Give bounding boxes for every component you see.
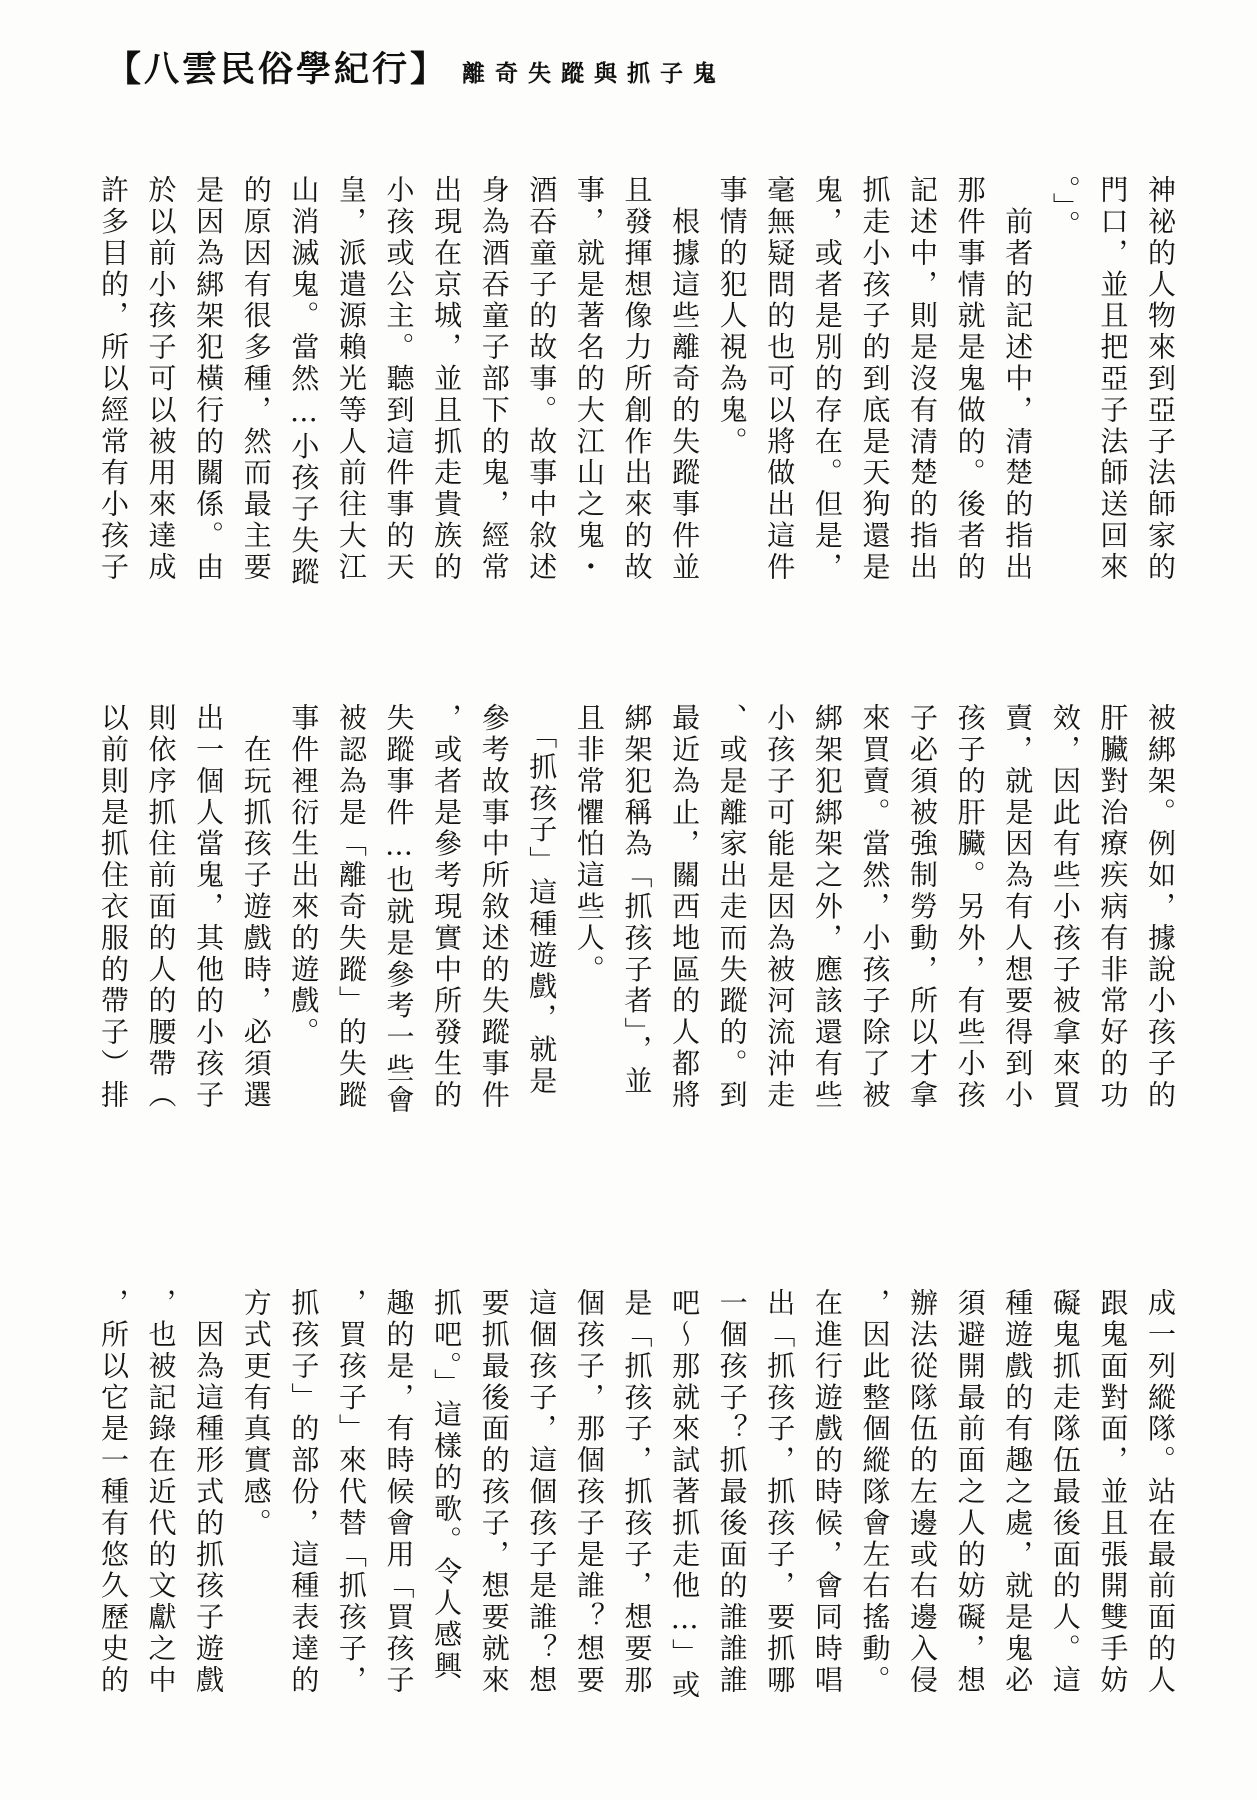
text-column: 門口，並且把亞子法師送回來	[1089, 175, 1137, 607]
text-column: 被認為是「離奇失蹤」的失蹤	[327, 703, 375, 1135]
text-column: ，所以它是一種有悠久歷史的	[89, 1288, 137, 1720]
text-column: 。」。	[1041, 175, 1089, 607]
text-column: 於以前小孩子可以被用來達成	[137, 175, 185, 607]
text-column: 是因為綁架犯橫行的關係。由	[185, 175, 233, 607]
text-column: 山消滅鬼。當然…小孩子失蹤	[280, 175, 328, 607]
text-column: 以前則是抓住衣服的帶子）排	[89, 703, 137, 1135]
text-column: 來買賣。當然，小孩子除了被	[851, 703, 899, 1135]
text-column: 出「抓孩子，抓孩子，要抓哪	[756, 1288, 804, 1720]
text-block-middle: 被綁架。例如，據說小孩子的肝臟對治療疾病有非常好的功效，因此有些小孩子被拿來買賣…	[88, 703, 1184, 1135]
text-column: 事，就是著名的大江山之鬼・	[565, 175, 613, 607]
text-column: 那件事情就是鬼做的。後者的	[946, 175, 994, 607]
text-column: 辦法從隊伍的左邊或右邊入侵	[898, 1288, 946, 1720]
text-column: 小孩子可能是因為被河流沖走	[756, 703, 804, 1135]
text-column: 被綁架。例如，據說小孩子的	[1136, 703, 1184, 1135]
text-column: 許多目的，所以經常有小孩子	[89, 175, 137, 607]
text-column: 這個孩子，這個孩子是誰？想	[518, 1288, 566, 1720]
text-column: 、或是離家出走而失蹤的。到	[708, 703, 756, 1135]
text-column: ，也被記錄在近代的文獻之中	[137, 1288, 185, 1720]
text-column: 事情的犯人視為鬼。	[708, 175, 756, 607]
text-column: 「抓孩子」這種遊戲，就是	[518, 703, 566, 1135]
text-column: 綁架犯綁架之外，應該還有些	[803, 703, 851, 1135]
text-column: 子必須被強制勞動，所以才拿	[898, 703, 946, 1135]
text-column: 個孩子，那個孩子是誰？想要	[565, 1288, 613, 1720]
page-header: 【八雲民俗學紀行】 離奇失蹤與抓子鬼	[106, 42, 726, 92]
text-column: 鬼，或者是別的存在。但是，	[803, 175, 851, 607]
text-column: 出一個人當鬼，其他的小孩子	[185, 703, 233, 1135]
text-column: 且發揮想像力所創作出來的故	[613, 175, 661, 607]
text-column: 孩子的肝臟。另外，有些小孩	[946, 703, 994, 1135]
text-column: 方式更有真實感。	[232, 1288, 280, 1720]
text-column: 肝臟對治療疾病有非常好的功	[1089, 703, 1137, 1135]
text-column: 最近為止，關西地區的人都將	[660, 703, 708, 1135]
text-column: ，買孩子」來代替「抓孩子，	[327, 1288, 375, 1720]
chapter-subtitle: 離奇失蹤與抓子鬼	[462, 55, 726, 88]
text-column: 礙鬼抓走隊伍最後面的人。這	[1041, 1288, 1089, 1720]
text-block-top: 神祕的人物來到亞子法師家的門口，並且把亞子法師送回來。」。 前者的記述中，清楚的…	[88, 175, 1184, 607]
text-column: 綁架犯稱為「抓孩子者」，並	[613, 703, 661, 1135]
text-column: 趣的是，有時候會用「買孩子	[375, 1288, 423, 1720]
text-column: 根據這些離奇的失蹤事件並	[660, 175, 708, 607]
text-column: 種遊戲的有趣之處，就是鬼必	[994, 1288, 1042, 1720]
text-column: 吧～那就來試著抓走他…」或	[660, 1288, 708, 1720]
text-column: 前者的記述中，清楚的指出	[994, 175, 1042, 607]
text-column: 是「抓孩子，抓孩子，想要那	[613, 1288, 661, 1720]
text-column: 事件裡衍生出來的遊戲。	[280, 703, 328, 1135]
text-column: 記述中，則是沒有清楚的指出	[898, 175, 946, 607]
text-column: 在玩抓孩子遊戲時，必須選	[232, 703, 280, 1135]
text-column: 參考故事中所敘述的失蹤事件	[470, 703, 518, 1135]
text-block-bottom: 成一列縱隊。站在最前面的人跟鬼面對面，並且張開雙手妨礙鬼抓走隊伍最後面的人。這種…	[88, 1288, 1184, 1720]
series-title: 【八雲民俗學紀行】	[106, 42, 448, 92]
text-column: ，或者是參考現實中所發生的	[423, 703, 471, 1135]
text-column: 賣，就是因為有人想要得到小	[994, 703, 1042, 1135]
text-column: 一個孩子？抓最後面的誰誰誰	[708, 1288, 756, 1720]
text-column: 成一列縱隊。站在最前面的人	[1136, 1288, 1184, 1720]
text-column: 要抓最後面的孩子，想要就來	[470, 1288, 518, 1720]
text-column: 且非常懼怕這些人。	[565, 703, 613, 1135]
text-column: ，因此整個縱隊會左右搖動。	[851, 1288, 899, 1720]
text-column: 跟鬼面對面，並且張開雙手妨	[1089, 1288, 1137, 1720]
text-column: 出現在京城，並且抓走貴族的	[423, 175, 471, 607]
text-column: 抓孩子」的部份，這種表達的	[280, 1288, 328, 1720]
text-column: 小孩或公主。聽到這件事的天	[375, 175, 423, 607]
text-column: 抓吧。」這樣的歌。令人感興	[423, 1288, 471, 1720]
text-column: 的原因有很多種，然而最主要	[232, 175, 280, 607]
text-column: 神祕的人物來到亞子法師家的	[1136, 175, 1184, 607]
text-column: 效，因此有些小孩子被拿來買	[1041, 703, 1089, 1135]
text-column: 皇，派遣源賴光等人前往大江	[327, 175, 375, 607]
text-column: 抓走小孩子的到底是天狗還是	[851, 175, 899, 607]
text-column: 酒吞童子的故事。故事中敘述	[518, 175, 566, 607]
text-column: 身為酒吞童子部下的鬼，經常	[470, 175, 518, 607]
text-column: 須避開最前面之人的妨礙，想	[946, 1288, 994, 1720]
text-column: 失蹤事件…也就是參考一些會	[375, 703, 423, 1135]
text-column: 在進行遊戲的時候，會同時唱	[803, 1288, 851, 1720]
text-column: 因為這種形式的抓孩子遊戲	[185, 1288, 233, 1720]
text-column: 毫無疑問的也可以將做出這件	[756, 175, 804, 607]
text-column: 則依序抓住前面的人的腰帶（	[137, 703, 185, 1135]
